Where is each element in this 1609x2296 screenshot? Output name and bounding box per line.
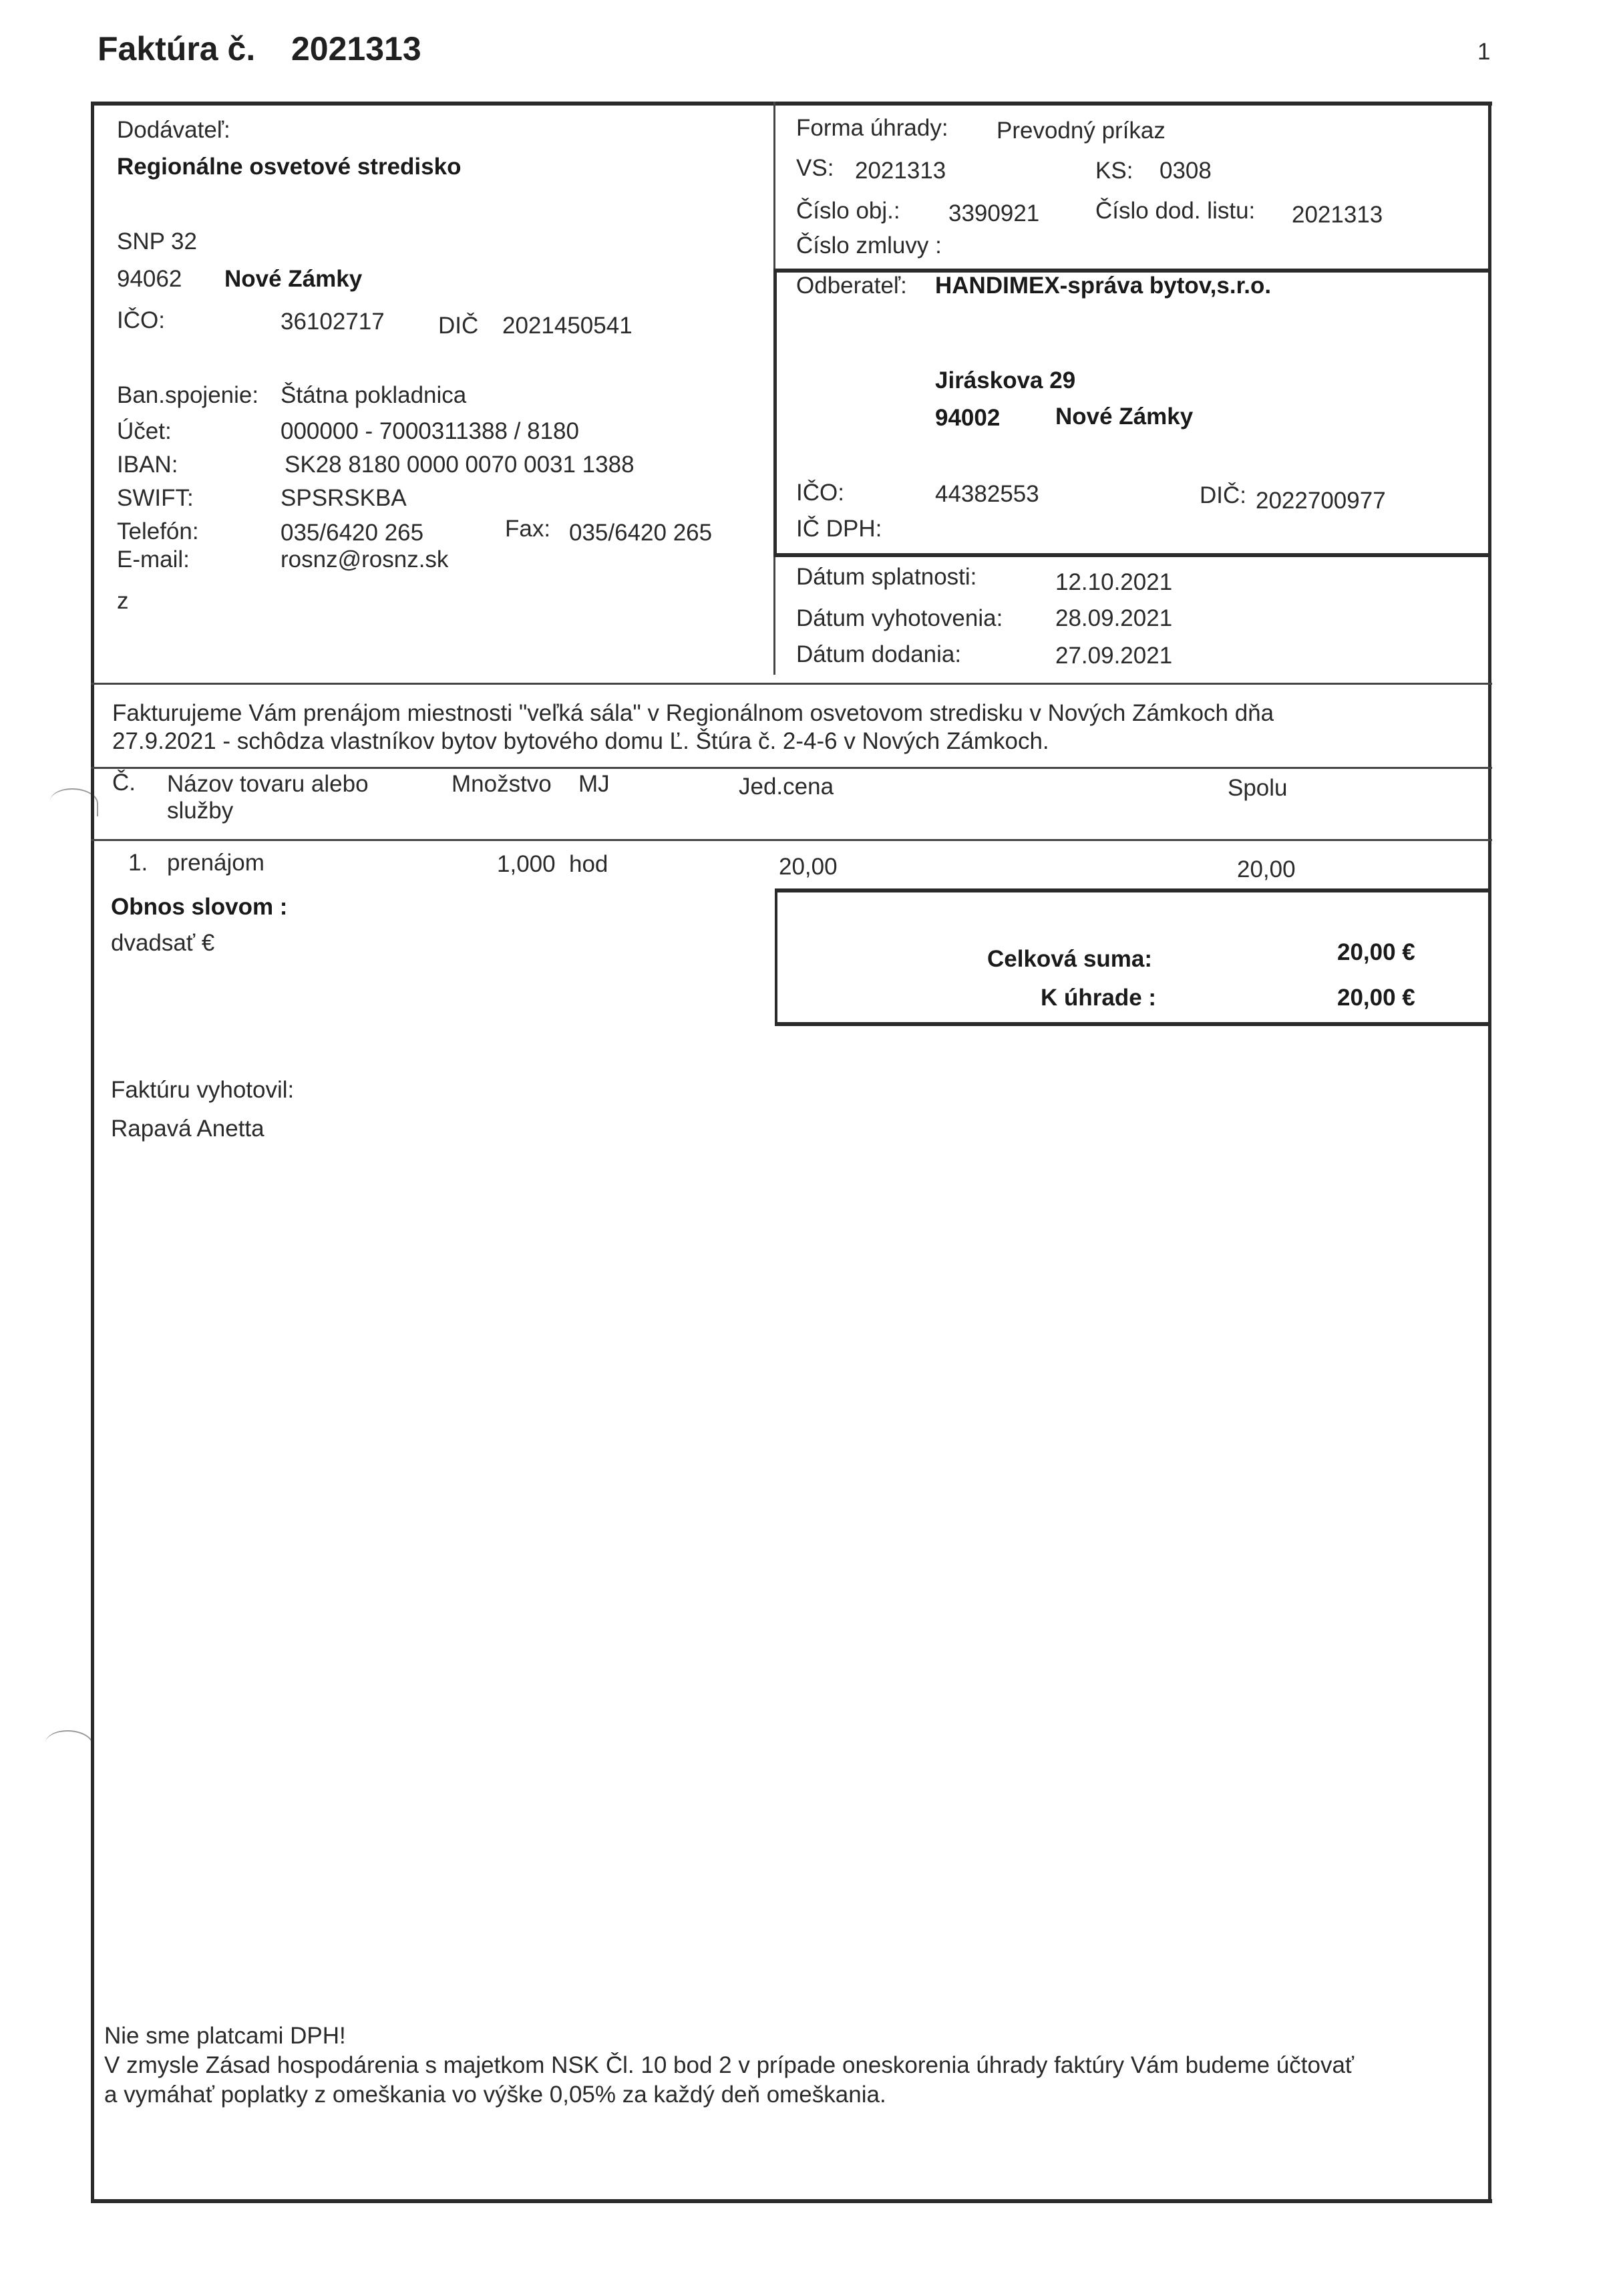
frame-bottom bbox=[91, 2199, 1492, 2203]
supplier-city: Nové Zámky bbox=[224, 266, 362, 293]
delivery-date: 27.09.2021 bbox=[1055, 643, 1172, 669]
supplier-street: SNP 32 bbox=[117, 228, 197, 255]
row-total: 20,00 bbox=[1237, 856, 1296, 883]
customer-zip: 94002 bbox=[935, 405, 1000, 432]
due-date-label: Dátum splatnosti: bbox=[796, 564, 976, 591]
customer-dic-label: DIČ: bbox=[1200, 482, 1246, 509]
customer-label: Odberateľ: bbox=[796, 273, 907, 299]
issue-date: 28.09.2021 bbox=[1055, 605, 1172, 632]
phone-value: 035/6420 265 bbox=[281, 520, 423, 546]
penalty-note-line-2: a vymáhať poplatky z omeškania vo výške … bbox=[104, 2082, 886, 2108]
customer-icdph-label: IČ DPH: bbox=[796, 516, 882, 542]
fax-label: Fax: bbox=[505, 516, 550, 542]
totals-box-bottom bbox=[775, 1022, 1491, 1026]
frame-top bbox=[91, 102, 1492, 106]
payment-method-label: Forma úhrady: bbox=[796, 115, 948, 142]
due-date: 12.10.2021 bbox=[1055, 569, 1172, 596]
supplier-name: Regionálne osvetové stredisko bbox=[117, 154, 461, 180]
invoice-title-label: Faktúra č. bbox=[98, 29, 255, 68]
account-value: 000000 - 7000311388 / 8180 bbox=[281, 418, 579, 445]
customer-box-left bbox=[773, 269, 777, 556]
vs-label: VS: bbox=[796, 155, 834, 182]
col-header-no: Č. bbox=[112, 770, 136, 796]
phone-label: Telefón: bbox=[117, 518, 199, 545]
col-header-unit-price: Jed.cena bbox=[739, 774, 834, 800]
supplier-ico: 36102717 bbox=[281, 309, 385, 335]
description-line-2: 27.9.2021 - schôdza vlastníkov bytov byt… bbox=[112, 728, 1049, 755]
account-label: Účet: bbox=[117, 418, 172, 445]
total-sum-value: 20,00 € bbox=[1337, 939, 1415, 966]
swift-value: SPSRSKBA bbox=[281, 485, 407, 512]
iban-value: SK28 8180 0000 0070 0031 1388 bbox=[285, 452, 635, 478]
fax-value: 035/6420 265 bbox=[569, 520, 712, 546]
ks-value: 0308 bbox=[1159, 158, 1212, 184]
customer-street: Jiráskova 29 bbox=[935, 367, 1075, 394]
payment-method: Prevodný príkaz bbox=[997, 118, 1166, 144]
delivery-date-label: Dátum dodania: bbox=[796, 641, 961, 668]
customer-city: Nové Zámky bbox=[1055, 403, 1193, 430]
order-label: Číslo obj.: bbox=[796, 198, 900, 224]
table-header-separator bbox=[91, 767, 1492, 769]
order-value: 3390921 bbox=[948, 200, 1039, 227]
vs-value: 2021313 bbox=[855, 158, 946, 184]
bank-value: Štátna pokladnica bbox=[281, 382, 466, 409]
customer-dic: 2022700977 bbox=[1256, 488, 1386, 514]
supplier-zip: 94062 bbox=[117, 266, 182, 293]
row-unit-price: 20,00 bbox=[779, 854, 838, 880]
totals-box-top bbox=[775, 888, 1491, 892]
table-body-separator bbox=[91, 839, 1492, 841]
row-no: 1. bbox=[128, 850, 148, 876]
page-number: 1 bbox=[1477, 39, 1490, 65]
amount-due-label: K úhrade : bbox=[1041, 985, 1156, 1011]
email-value: rosnz@rosnz.sk bbox=[281, 546, 448, 573]
amount-due-value: 20,00 € bbox=[1337, 985, 1415, 1011]
description-line-1: Fakturujeme Vám prenájom miestnosti "veľ… bbox=[112, 700, 1274, 727]
supplier-label: Dodávateľ: bbox=[117, 117, 230, 144]
row-qty: 1,000 bbox=[497, 851, 556, 878]
invoice-number: 2021313 bbox=[291, 29, 421, 68]
row-unit: hod bbox=[569, 851, 608, 878]
delivery-note-value: 2021313 bbox=[1292, 202, 1383, 228]
penalty-note-line-1: V zmysle Zásad hospodárenia s majetkom N… bbox=[104, 2052, 1354, 2079]
issuer-label: Faktúru vyhotovil: bbox=[111, 1077, 294, 1104]
email-label: E-mail: bbox=[117, 546, 190, 573]
row-name: prenájom bbox=[167, 850, 264, 876]
total-sum-label: Celková suma: bbox=[987, 946, 1152, 973]
ks-label: KS: bbox=[1095, 158, 1133, 184]
issuer-name: Rapavá Anetta bbox=[111, 1116, 264, 1142]
customer-ico: 44382553 bbox=[935, 481, 1039, 508]
bank-label: Ban.spojenie: bbox=[117, 382, 258, 409]
supplier-ico-label: IČO: bbox=[117, 307, 165, 334]
col-header-unit: MJ bbox=[578, 771, 610, 798]
vat-note: Nie sme platcami DPH! bbox=[104, 2023, 346, 2049]
description-separator bbox=[91, 683, 1492, 685]
swift-label: SWIFT: bbox=[117, 485, 194, 512]
totals-box-left bbox=[775, 888, 777, 1025]
supplier-note: z bbox=[117, 588, 129, 615]
supplier-dic-label: DIČ bbox=[438, 313, 478, 339]
col-header-total: Spolu bbox=[1228, 775, 1288, 802]
customer-name: HANDIMEX-správa bytov,s.r.o. bbox=[935, 273, 1271, 299]
iban-label: IBAN: bbox=[117, 452, 178, 478]
supplier-dic: 2021450541 bbox=[502, 313, 633, 339]
amount-words-value: dvadsať € bbox=[111, 930, 214, 957]
customer-ico-label: IČO: bbox=[796, 480, 844, 506]
col-header-name: Názov tovaru alebo bbox=[167, 771, 369, 798]
issue-date-label: Dátum vyhotovenia: bbox=[796, 605, 1003, 632]
col-header-name-2: služby bbox=[167, 798, 233, 824]
customer-box-bottom bbox=[773, 553, 1491, 557]
col-header-qty: Množstvo bbox=[452, 771, 552, 798]
punch-mark bbox=[45, 1730, 94, 1758]
amount-words-label: Obnos slovom : bbox=[111, 894, 287, 921]
frame-right bbox=[1488, 102, 1491, 2203]
contract-label: Číslo zmluvy : bbox=[796, 232, 942, 259]
frame-left bbox=[91, 102, 94, 2203]
delivery-note-label: Číslo dod. listu: bbox=[1095, 198, 1255, 224]
